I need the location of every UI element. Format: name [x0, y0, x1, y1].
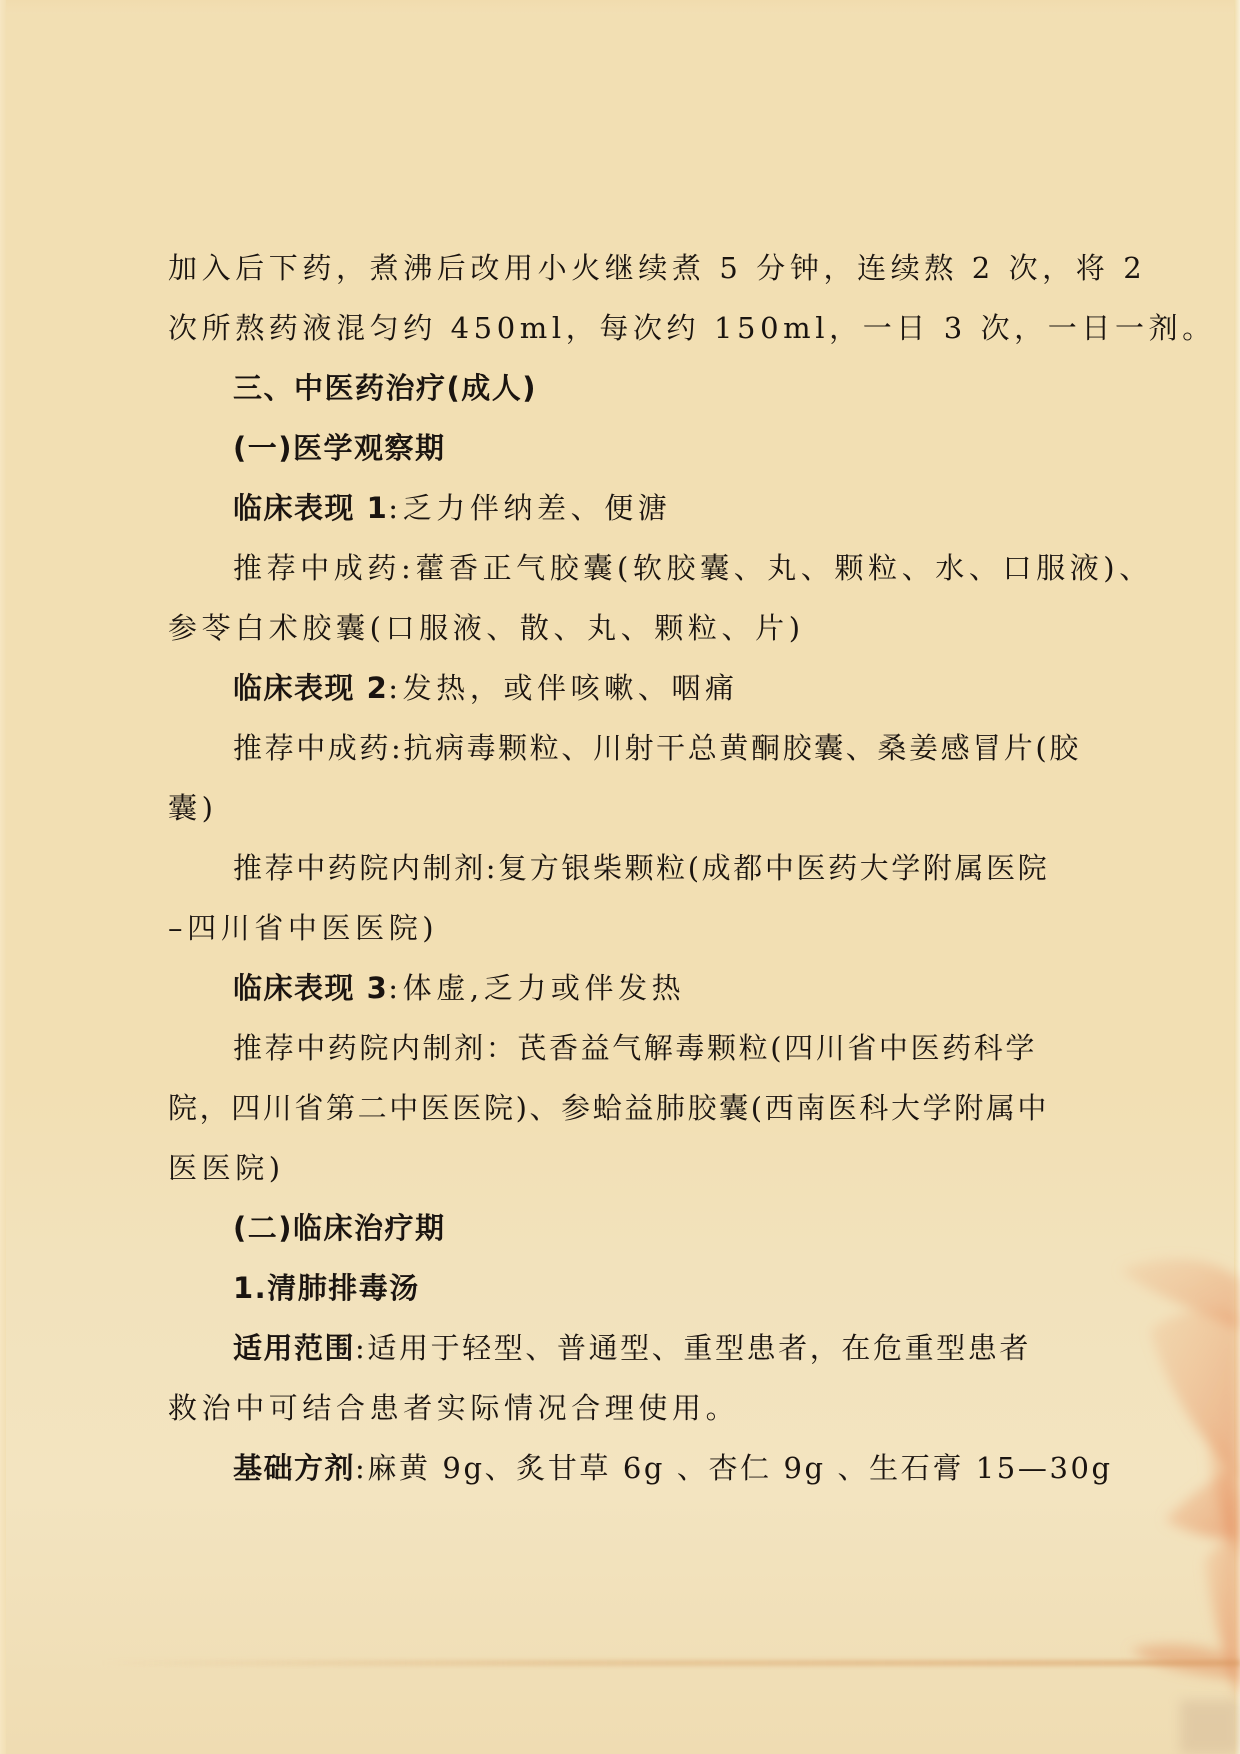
clinical-presentation-2: 临床表现 2:发热，或伴咳嗽、咽痛	[233, 668, 739, 708]
base-formula-line: 基础方剂:麻黄 9g、炙甘草 6g 、杏仁 9g 、生石膏 15—30g	[233, 1448, 1113, 1488]
paragraph-line: 加入后下药，煮沸后改用小火继续煮 5 分钟，连续熬 2 次，将 2	[168, 248, 1146, 288]
recommendation-line: 推荐中药院内制剂：芪香益气解毒颗粒(四川省中医药科学	[233, 1028, 1037, 1068]
subsection-heading: (二)临床治疗期	[233, 1208, 446, 1248]
paragraph-line: 囊)	[168, 788, 218, 828]
recommendation-text: :藿香正气胶囊(软胶囊、丸、颗粒、水、口服液)、	[401, 551, 1153, 585]
scope-text: :适用于轻型、普通型、重型患者，在危重型患者	[355, 1331, 1031, 1365]
formula-title: 1.清肺排毒汤	[233, 1268, 420, 1308]
paragraph-line: 院，四川省第二中医医院)、参蛤益肺胶囊(西南医科大学附属中	[168, 1088, 1049, 1128]
paragraph-line: –四川省中医医院)	[168, 908, 438, 948]
page-right-edge	[1234, 0, 1240, 1754]
clinical-label: 临床表现 1	[233, 491, 388, 525]
section-heading: 三、中医药治疗(成人)	[233, 368, 537, 408]
clinical-text: :乏力伴纳差、便溏	[388, 491, 671, 525]
paragraph-line: 次所熬药液混匀约 450ml，每次约 150ml，一日 3 次，一日一剂。	[168, 308, 1216, 348]
clinical-text: :发热，或伴咳嗽、咽痛	[388, 671, 738, 705]
recommendation-line: 推荐中药院内制剂:复方银柴颗粒(成都中医药大学附属医院	[233, 848, 1049, 888]
recommendation-line: 推荐中成药:抗病毒颗粒、川射干总黄酮胶囊、桑姜感冒片(胶	[233, 728, 1081, 768]
page-left-edge	[0, 0, 6, 1754]
page-fold-shadow	[100, 1660, 1240, 1666]
clinical-label: 临床表现 2	[233, 671, 388, 705]
subsection-heading: (一)医学观察期	[233, 428, 446, 468]
paragraph-line: 医医院)	[168, 1148, 285, 1188]
scope-line: 适用范围:适用于轻型、普通型、重型患者，在危重型患者	[233, 1328, 1031, 1368]
recommendation-label: 推荐中成药	[233, 551, 401, 585]
clinical-presentation-3: 临床表现 3:体虚,乏力或伴发热	[233, 968, 685, 1008]
page-top-edge	[0, 0, 1240, 14]
clinical-presentation-1: 临床表现 1:乏力伴纳差、便溏	[233, 488, 671, 528]
document-page: 加入后下药，煮沸后改用小火继续煮 5 分钟，连续熬 2 次，将 2 次所熬药液混…	[0, 0, 1240, 1754]
scope-label: 适用范围	[233, 1331, 355, 1365]
base-formula-text: :麻黄 9g、炙甘草 6g 、杏仁 9g 、生石膏 15—30g	[355, 1451, 1113, 1485]
paragraph-line: 救治中可结合患者实际情况合理使用。	[168, 1388, 739, 1428]
clinical-text: :体虚,乏力或伴发热	[388, 971, 685, 1005]
recommendation-line: 推荐中成药:藿香正气胶囊(软胶囊、丸、颗粒、水、口服液)、	[233, 548, 1153, 588]
clinical-label: 临床表现 3	[233, 971, 388, 1005]
paragraph-line: 参苓白术胶囊(口服液、散、丸、颗粒、片)	[168, 608, 805, 648]
base-formula-label: 基础方剂	[233, 1451, 355, 1485]
